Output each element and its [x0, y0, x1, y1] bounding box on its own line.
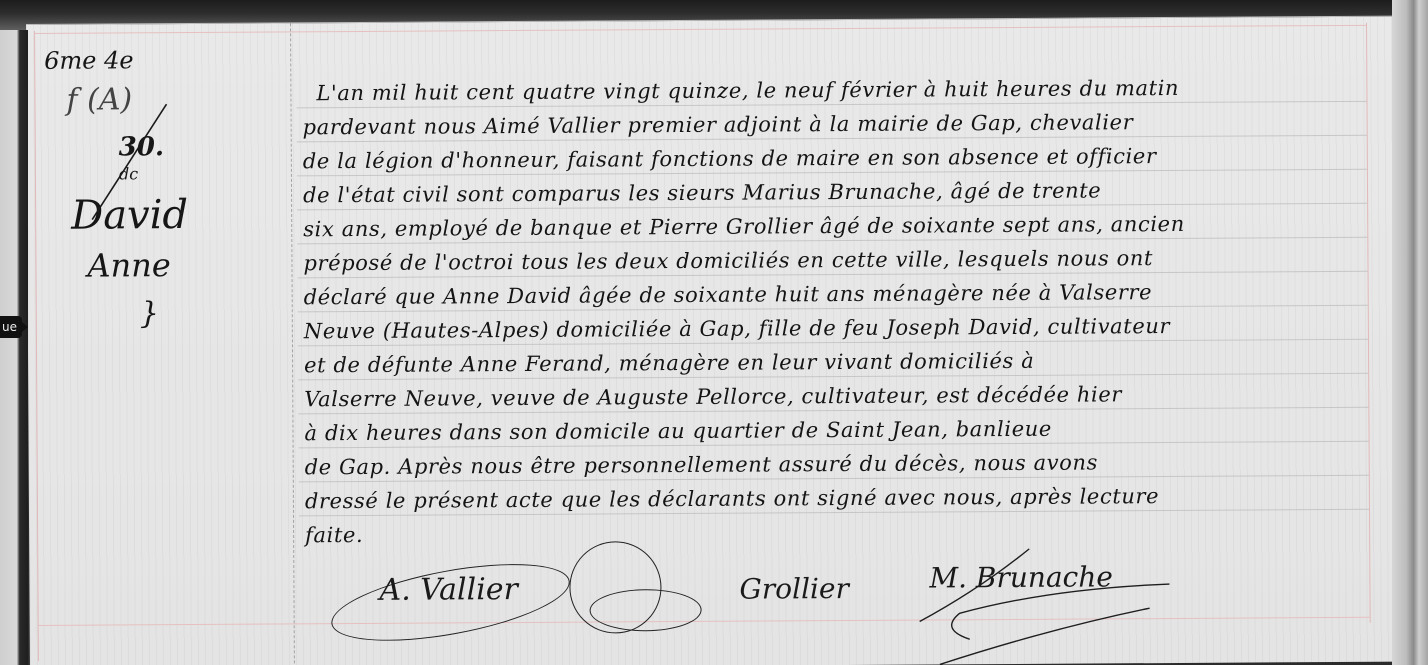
margin-flourish: }	[140, 296, 159, 331]
viewer-tooltip: ue	[0, 316, 22, 338]
margin-column-divider	[290, 23, 295, 665]
signature-flourish	[899, 528, 1200, 665]
top-pink-rule	[34, 25, 1366, 34]
register-reference: 6me 4e	[44, 46, 134, 75]
binding-edge	[0, 30, 28, 665]
deceased-given-name: Anne	[87, 246, 170, 285]
margin-slash-mark	[56, 74, 197, 225]
image-viewer: 6me 4e f (A) 30. dc David Anne } L'an mi…	[0, 0, 1428, 665]
record-line-14: faite.	[305, 517, 1385, 548]
signature-mayor: A. Vallier	[379, 572, 518, 608]
signature-loop	[589, 589, 701, 632]
page-stack-edge	[1392, 0, 1428, 665]
left-pink-margin-rule	[34, 31, 39, 661]
register-page: 6me 4e f (A) 30. dc David Anne } L'an mi…	[26, 16, 1400, 665]
signature-grollier: Grollier	[739, 572, 849, 606]
